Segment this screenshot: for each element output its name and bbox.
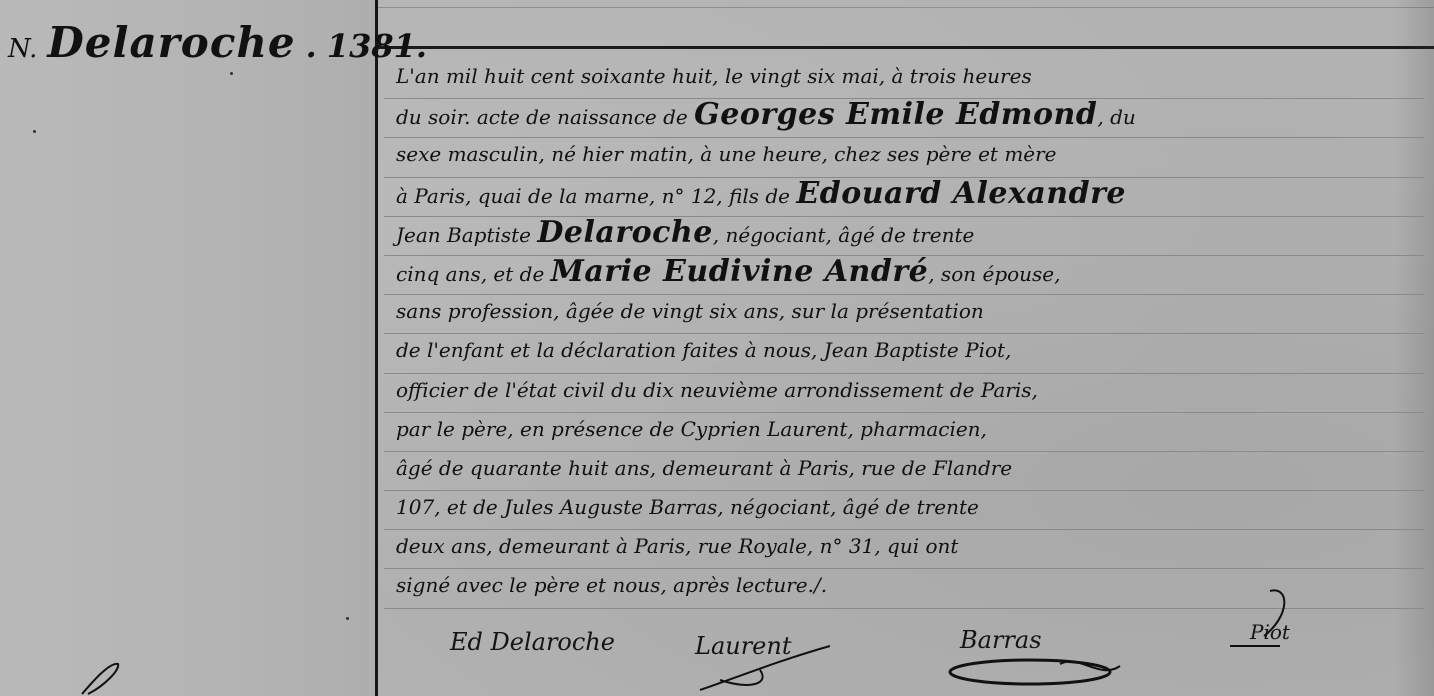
line-text: , négociant, âgé de trente (713, 223, 975, 247)
margin-flourish-mark (80, 660, 120, 696)
line-text: sexe masculin, né hier matin, à une heur… (396, 142, 1057, 166)
signature-laurent-flourish (690, 640, 880, 696)
margin-prefix: N. (8, 34, 37, 64)
margin-column (0, 0, 375, 696)
mother-name: Marie Eudivine André (551, 254, 929, 289)
father-surname: Delaroche (537, 215, 712, 250)
record-line-12: 107, et de Jules Auguste Barras, négocia… (384, 491, 1424, 530)
record-line-2: du soir. acte de naissance de Georges Em… (384, 99, 1424, 138)
record-line-13: deux ans, demeurant à Paris, rue Royale,… (384, 530, 1424, 569)
line-text: signé avec le père et nous, après lectur… (396, 573, 827, 597)
line-text: , du (1097, 105, 1135, 129)
register-page: N. Delaroche . 1381. L'an mil huit cent … (0, 0, 1434, 696)
line-text: , son épouse, (928, 262, 1060, 286)
line-text: de l'enfant et la déclaration faites à n… (396, 338, 1011, 362)
line-text: cinq ans, et de (396, 262, 551, 286)
record-body: L'an mil huit cent soixante huit, le vin… (384, 60, 1424, 609)
record-line-6: cinq ans, et de Marie Eudivine André, so… (384, 256, 1424, 295)
line-text: 107, et de Jules Auguste Barras, négocia… (396, 495, 979, 519)
line-text: âgé de quarante huit ans, demeurant à Pa… (396, 456, 1012, 480)
column-divider-rule (375, 0, 378, 696)
line-text: Jean Baptiste (396, 223, 537, 247)
record-line-10: par le père, en présence de Cyprien Laur… (384, 413, 1424, 452)
record-line-8: de l'enfant et la déclaration faites à n… (384, 334, 1424, 373)
record-line-9: officier de l'état civil du dix neuvième… (384, 374, 1424, 413)
ink-speck (33, 130, 36, 133)
signature-barras-flourish (940, 650, 1140, 690)
margin-separator: . (306, 27, 317, 65)
signature-piot-flourish (1220, 586, 1310, 666)
record-line-4: à Paris, quai de la marne, n° 12, fils d… (384, 178, 1424, 217)
record-line-11: âgé de quarante huit ans, demeurant à Pa… (384, 452, 1424, 491)
line-text: sans profession, âgée de vingt six ans, … (396, 299, 984, 323)
record-line-1: L'an mil huit cent soixante huit, le vin… (384, 60, 1424, 99)
line-text: officier de l'état civil du dix neuvième… (396, 378, 1038, 402)
record-line-5: Jean Baptiste Delaroche, négociant, âgé … (384, 217, 1424, 256)
line-text: à Paris, quai de la marne, n° 12, fils d… (396, 184, 796, 208)
child-given-names: Georges Emile Edmond (694, 97, 1097, 132)
line-text: par le père, en présence de Cyprien Laur… (396, 417, 987, 441)
line-text: deux ans, demeurant à Paris, rue Royale,… (396, 534, 958, 558)
margin-surname: Delaroche (47, 18, 295, 67)
line-text: du soir. acte de naissance de (396, 105, 694, 129)
line-text: L'an mil huit cent soixante huit, le vin… (396, 64, 1032, 88)
record-line-3: sexe masculin, né hier matin, à une heur… (384, 138, 1424, 177)
margin-entry: N. Delaroche . 1381. (8, 18, 427, 67)
ink-speck (230, 72, 233, 75)
ink-speck (346, 617, 349, 620)
top-faint-rule (378, 7, 1434, 8)
father-given-names: Edouard Alexandre (796, 176, 1126, 211)
signature-block: Ed Delaroche Laurent Barras Piot (440, 610, 1340, 696)
signature-delaroche: Ed Delaroche (450, 628, 615, 656)
record-line-7: sans profession, âgée de vingt six ans, … (384, 295, 1424, 334)
top-heavy-rule (378, 46, 1434, 49)
